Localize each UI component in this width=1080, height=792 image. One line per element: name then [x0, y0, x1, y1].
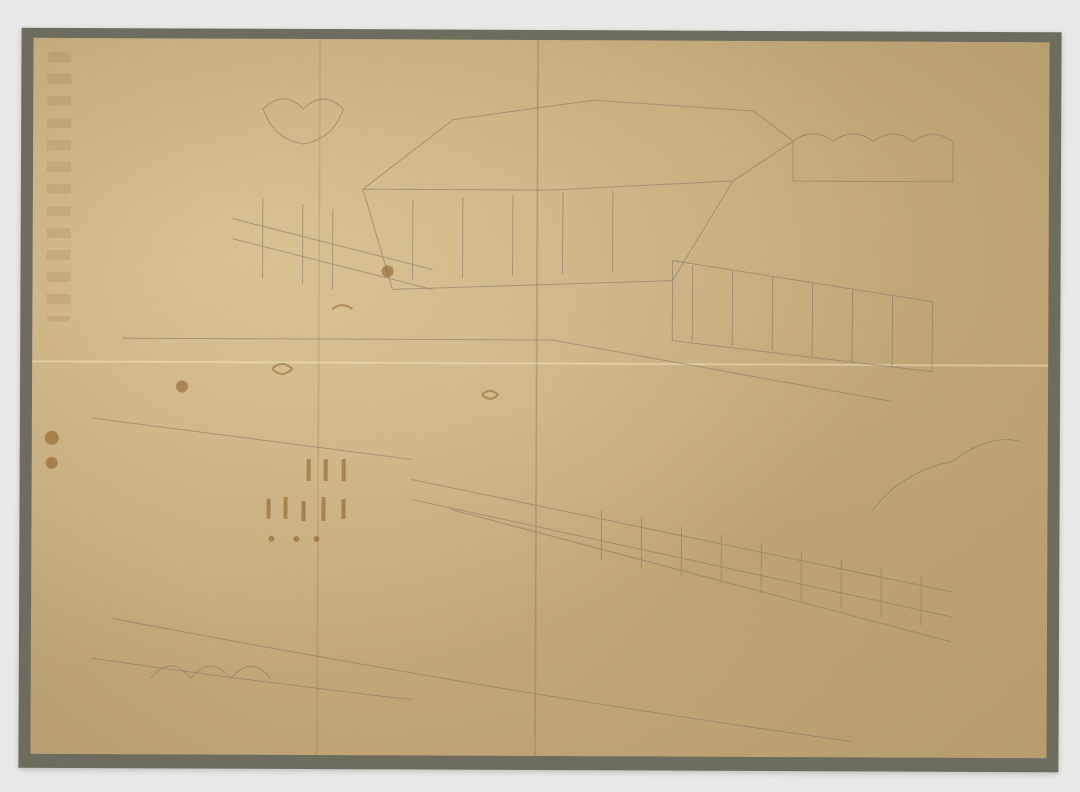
paper-sheet [18, 28, 1061, 773]
aged-paper [30, 38, 1049, 758]
pencil-sketch [30, 38, 1049, 758]
